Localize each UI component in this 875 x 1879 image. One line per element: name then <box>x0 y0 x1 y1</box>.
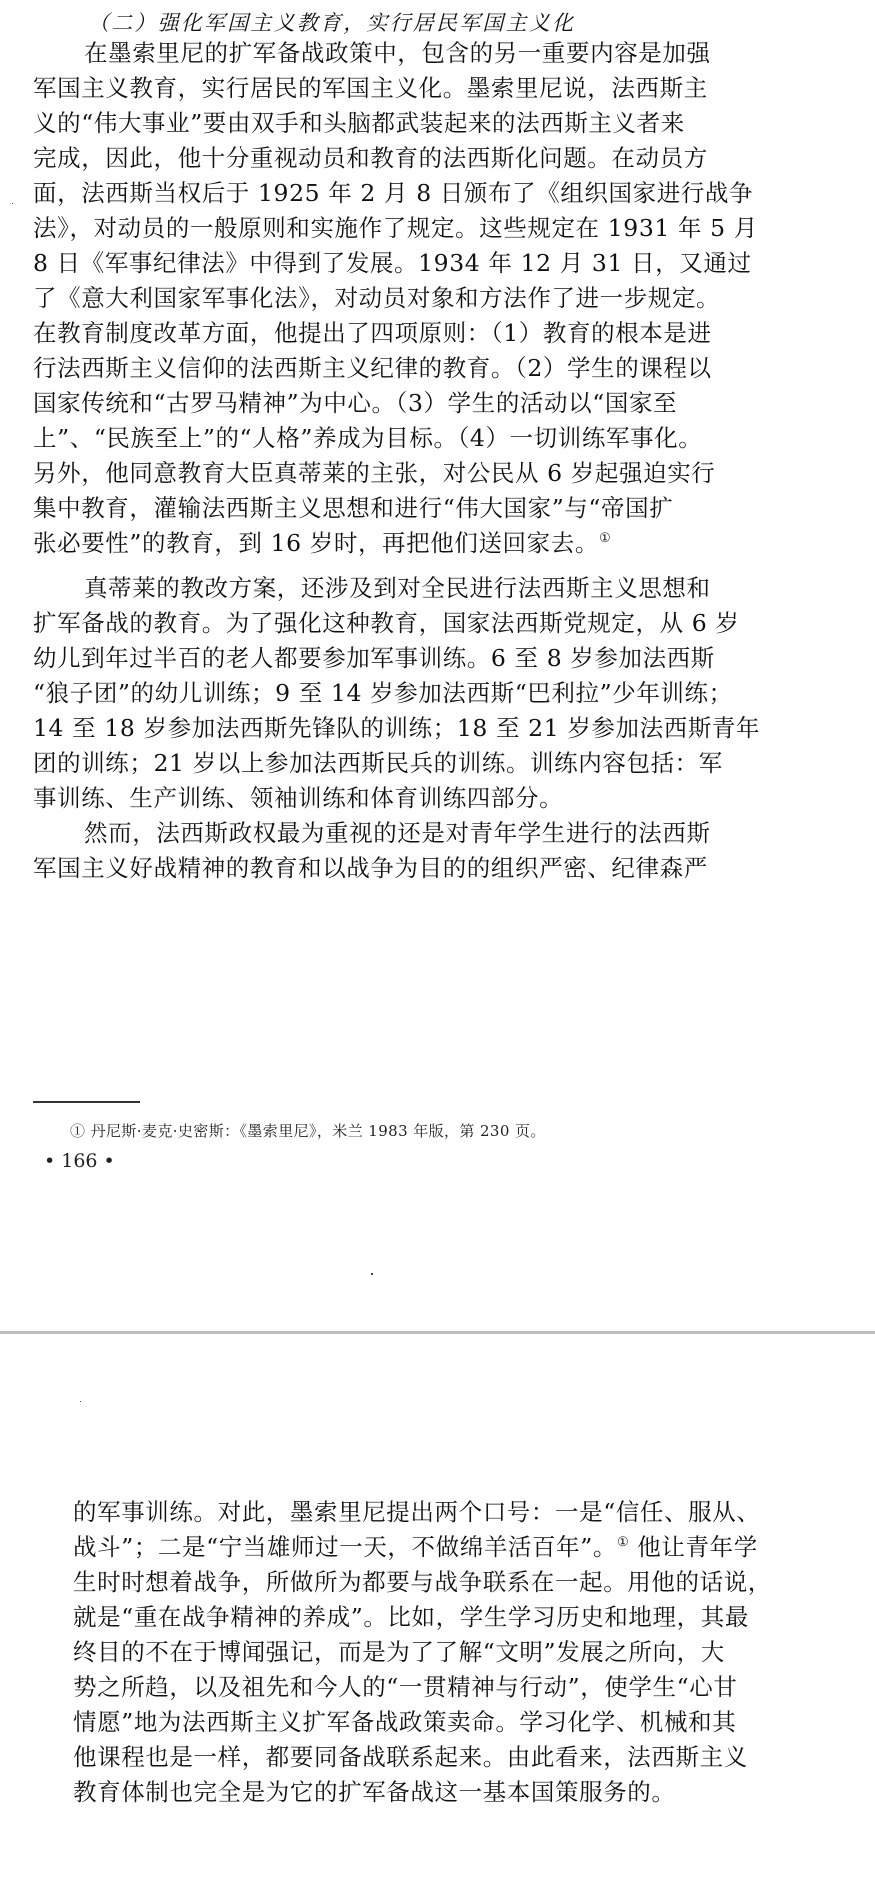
paragraph-line: 14 至 18 岁参加法西斯先锋队的训练；18 至 21 岁参加法西斯青年 <box>33 713 823 743</box>
paragraph-line: 幼儿到年过半百的老人都要参加军事训练。6 至 8 岁参加法西斯 <box>33 643 823 673</box>
paragraph-line-text: 张必要性”的教育，到 16 岁时，再把他们送回家去。 <box>33 529 599 557</box>
paragraph-line: 真蒂莱的教改方案，还涉及到对全民进行法西斯主义思想和 <box>84 573 874 603</box>
paragraph-line: 在教育制度改革方面，他提出了四项原则：（1）教育的根本是进 <box>33 318 823 348</box>
paragraph-line: 终目的不在于博闻强记，而是为了了解“文明”发展之所向，大 <box>73 1637 863 1667</box>
paragraph-line: 义的“伟大事业”要由双手和头脑都武装起来的法西斯主义者来 <box>33 108 823 138</box>
paragraph-line: 战斗”；二是“宁当雄师过一天，不做绵羊活百年”。① 他让青年学 <box>73 1532 863 1562</box>
paragraph-line: 8 日《军事纪律法》中得到了发展。1934 年 12 月 31 日，又通过 <box>33 248 823 278</box>
footnote-reference[interactable]: ① <box>617 1535 629 1550</box>
scan-speck <box>12 203 13 204</box>
paragraph-line: 军国主义好战精神的教育和以战争为目的的组织严密、纪律森严 <box>33 853 823 883</box>
paragraph-line: 上”、“民族至上”的“人格”养成为目标。（4）一切训练军事化。 <box>33 423 823 453</box>
section-heading: （二）强化军国主义教育，实行居民军国主义化 <box>88 8 575 38</box>
paragraph-line: 在墨索里尼的扩军备战政策中，包含的另一重要内容是加强 <box>84 38 874 68</box>
paragraph-line: 事训练、生产训练、领袖训练和体育训练四部分。 <box>33 783 823 813</box>
paragraph-line: 团的训练；21 岁以上参加法西斯民兵的训练。训练内容包括：军 <box>33 748 823 778</box>
paragraph-line: 然而，法西斯政权最为重视的还是对青年学生进行的法西斯 <box>84 818 874 848</box>
paragraph-line-text: 战斗”；二是“宁当雄师过一天，不做绵羊活百年”。 <box>73 1533 617 1561</box>
paragraph-line: 军国主义教育，实行居民的军国主义化。墨索里尼说，法西斯主 <box>33 73 823 103</box>
paragraph-line: 行法西斯主义信仰的法西斯主义纪律的教育。（2）学生的课程以 <box>33 353 823 383</box>
page-number: • 166 • <box>44 1148 115 1174</box>
paragraph-line: 面，法西斯当权后于 1925 年 2 月 8 日颁布了《组织国家进行战争 <box>33 178 823 208</box>
paragraph-line: 就是“重在战争精神的养成”。比如，学生学习历史和地理，其最 <box>73 1602 863 1632</box>
paragraph-line: 生时时想着战争，所做所为都要与战争联系在一起。用他的话说， <box>73 1567 863 1597</box>
paragraph-line: 扩军备战的教育。为了强化这种教育，国家法西斯党规定，从 6 岁 <box>33 608 823 638</box>
paragraph-line: 的军事训练。对此，墨索里尼提出两个口号：一是“信任、服从、 <box>73 1497 863 1527</box>
footnote-text: ① 丹尼斯·麦克·史密斯：《墨索里尼》，米兰 1983 年版，第 230 页。 <box>70 1120 546 1142</box>
paragraph-line: 集中教育，灌输法西斯主义思想和进行“伟大国家”与“帝国扩 <box>33 493 823 523</box>
book-page-167: 的军事训练。对此，墨索里尼提出两个口号：一是“信任、服从、 战斗”；二是“宁当雄… <box>0 1334 875 1879</box>
paragraph-line: 国家传统和“古罗马精神”为中心。（3）学生的活动以“国家至 <box>33 388 823 418</box>
paragraph-line: 另外，他同意教育大臣真蒂莱的主张，对公民从 6 岁起强迫实行 <box>33 458 823 488</box>
footnote-reference[interactable]: ① <box>599 531 611 546</box>
paragraph-line: 了《意大利国家军事化法》，对动员对象和方法作了进一步规定。 <box>33 283 823 313</box>
paragraph-line: 张必要性”的教育，到 16 岁时，再把他们送回家去。① <box>33 528 823 558</box>
book-page-166: （二）强化军国主义教育，实行居民军国主义化 在墨索里尼的扩军备战政策中，包含的另… <box>0 0 875 1331</box>
paragraph-line-text: 他让青年学 <box>629 1533 758 1561</box>
scan-speck <box>80 1401 81 1402</box>
footnote-divider <box>33 1101 140 1103</box>
paragraph-line: 法》，对动员的一般原则和实施作了规定。这些规定在 1931 年 5 月 <box>33 213 823 243</box>
scan-speck <box>371 1273 373 1275</box>
paragraph-line: “狼子团”的幼儿训练；9 至 14 岁参加法西斯“巴利拉”少年训练； <box>33 678 823 708</box>
paragraph-line: 教育体制也完全是为它的扩军备战这一基本国策服务的。 <box>73 1777 863 1807</box>
paragraph-line: 情愿”地为法西斯主义扩军备战政策卖命。学习化学、机械和其 <box>73 1707 863 1737</box>
paragraph-line: 势之所趋，以及祖先和今人的“一贯精神与行动”，使学生“心甘 <box>73 1672 863 1702</box>
paragraph-line: 他课程也是一样，都要同备战联系起来。由此看来，法西斯主义 <box>73 1742 863 1772</box>
paragraph-line: 完成，因此，他十分重视动员和教育的法西斯化问题。在动员方 <box>33 143 823 173</box>
